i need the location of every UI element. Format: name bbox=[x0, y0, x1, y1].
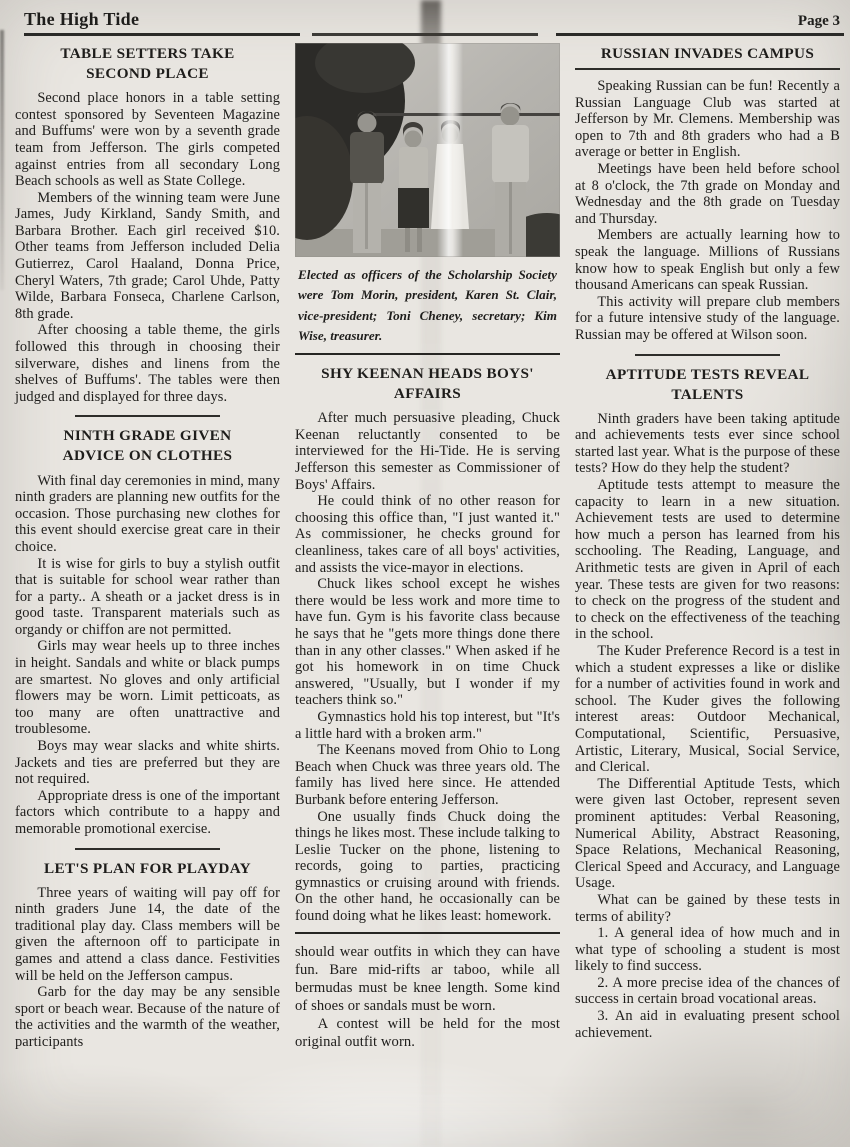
paragraph: Boys may wear slacks and white shirts. J… bbox=[15, 738, 280, 788]
article-divider bbox=[635, 354, 781, 356]
paragraph: Ninth graders have been taking aptitude … bbox=[575, 411, 840, 477]
article-body: Three years of waiting will pay off for … bbox=[15, 885, 280, 1051]
headline-russian: RUSSIAN INVADES CAMPUS bbox=[575, 44, 840, 70]
article-aptitude: APTITUDE TESTS REVEAL TALENTS Ninth grad… bbox=[575, 365, 840, 1042]
paragraph: With final day ceremonies in mind, many … bbox=[15, 473, 280, 556]
article-body: Second place honors in a table setting c… bbox=[15, 90, 280, 405]
masthead-page-number: Page 3 bbox=[798, 13, 842, 30]
paragraph: The Keenans moved from Ohio to Long Beac… bbox=[295, 742, 560, 808]
paragraph: The Kuder Preference Record is a test in… bbox=[575, 643, 840, 776]
paragraph: Members are actually learning how to spe… bbox=[575, 227, 840, 293]
article-body: After much persuasive pleading, Chuck Ke… bbox=[295, 410, 560, 924]
paragraph: Three years of waiting will pay off for … bbox=[15, 885, 280, 985]
article-divider bbox=[75, 415, 221, 417]
article-body: Speaking Russian can be fun! Recently a … bbox=[575, 78, 840, 344]
paragraph: Chuck likes school except he wishes ther… bbox=[295, 576, 560, 709]
column-left: TABLE SETTERS TAKE SECOND PLACE Second p… bbox=[15, 41, 280, 1051]
headline-playday: LET'S PLAN FOR PLAYDAY bbox=[15, 859, 280, 879]
paragraph: One usually finds Chuck doing the things… bbox=[295, 809, 560, 925]
masthead-rule bbox=[24, 33, 844, 36]
paragraph: should wear outfits in which they can ha… bbox=[295, 943, 560, 1015]
headline-aptitude: APTITUDE TESTS REVEAL TALENTS bbox=[575, 365, 840, 405]
article-playday: LET'S PLAN FOR PLAYDAY Three years of wa… bbox=[15, 859, 280, 1051]
photo-illustration bbox=[295, 43, 560, 257]
headline-shy-keenan: SHY KEENAN HEADS BOYS' AFFAIRS bbox=[295, 364, 560, 404]
scholarship-officers-photo bbox=[295, 43, 560, 257]
column-right: RUSSIAN INVADES CAMPUS Speaking Russian … bbox=[575, 41, 840, 1051]
article-body: Ninth graders have been taking aptitude … bbox=[575, 411, 840, 1042]
paragraph: A contest will be held for the most orig… bbox=[295, 1015, 560, 1051]
newspaper-page: The High Tide Page 3 TABLE SETTERS TAKE … bbox=[0, 0, 850, 1147]
paragraph: Meetings have been held before school at… bbox=[575, 161, 840, 227]
paragraph: He could think of no other reason for ch… bbox=[295, 493, 560, 576]
column-middle: Elected as officers of the Scholarship S… bbox=[295, 41, 560, 1051]
article-body: With final day ceremonies in mind, many … bbox=[15, 473, 280, 838]
paragraph: Girls may wear heels up to three inches … bbox=[15, 638, 280, 738]
paragraph: Appropriate dress is one of the importan… bbox=[15, 788, 280, 838]
article-shy-keenan: SHY KEENAN HEADS BOYS' AFFAIRS After muc… bbox=[295, 364, 560, 925]
article-russian: RUSSIAN INVADES CAMPUS Speaking Russian … bbox=[575, 44, 840, 344]
paragraph: 1. A general idea of how much and in wha… bbox=[575, 925, 840, 975]
photo-caption: Elected as officers of the Scholarship S… bbox=[298, 265, 557, 346]
headline-ninth-grade-clothes: NINTH GRADE GIVEN ADVICE ON CLOTHES bbox=[15, 426, 280, 466]
paragraph: Gymnastics hold his top interest, but "I… bbox=[295, 709, 560, 742]
article-table-setters: TABLE SETTERS TAKE SECOND PLACE Second p… bbox=[15, 44, 280, 405]
masthead: The High Tide Page 3 bbox=[0, 0, 850, 30]
paragraph: Members of the winning team were June Ja… bbox=[15, 190, 280, 323]
paragraph: Second place honors in a table setting c… bbox=[15, 90, 280, 190]
paragraph: 3. An aid in evaluating present school a… bbox=[575, 1008, 840, 1041]
paragraph: Aptitude tests attempt to measure the ca… bbox=[575, 477, 840, 643]
paragraph: This activity will prepare club members … bbox=[575, 294, 840, 344]
paragraph: Garb for the day may be any sensible spo… bbox=[15, 984, 280, 1050]
scholarship-officers-figure: Elected as officers of the Scholarship S… bbox=[295, 43, 560, 346]
paragraph: What can be gained by these tests in ter… bbox=[575, 892, 840, 925]
headline-table-setters: TABLE SETTERS TAKE SECOND PLACE bbox=[15, 44, 280, 84]
section-rule bbox=[295, 353, 560, 355]
paragraph: After much persuasive pleading, Chuck Ke… bbox=[295, 410, 560, 493]
paragraph: 2. A more precise idea of the chances of… bbox=[575, 975, 840, 1008]
article-playday-continued: should wear outfits in which they can ha… bbox=[295, 943, 560, 1051]
paragraph: It is wise for girls to buy a stylish ou… bbox=[15, 556, 280, 639]
columns: TABLE SETTERS TAKE SECOND PLACE Second p… bbox=[0, 41, 850, 1051]
article-ninth-grade-clothes: NINTH GRADE GIVEN ADVICE ON CLOTHES With… bbox=[15, 426, 280, 837]
masthead-title: The High Tide bbox=[24, 9, 139, 30]
paragraph: After choosing a table theme, the girls … bbox=[15, 322, 280, 405]
section-rule bbox=[295, 932, 560, 934]
paragraph: Speaking Russian can be fun! Recently a … bbox=[575, 78, 840, 161]
article-divider bbox=[75, 848, 221, 850]
paragraph: The Differential Aptitude Tests, which w… bbox=[575, 776, 840, 892]
